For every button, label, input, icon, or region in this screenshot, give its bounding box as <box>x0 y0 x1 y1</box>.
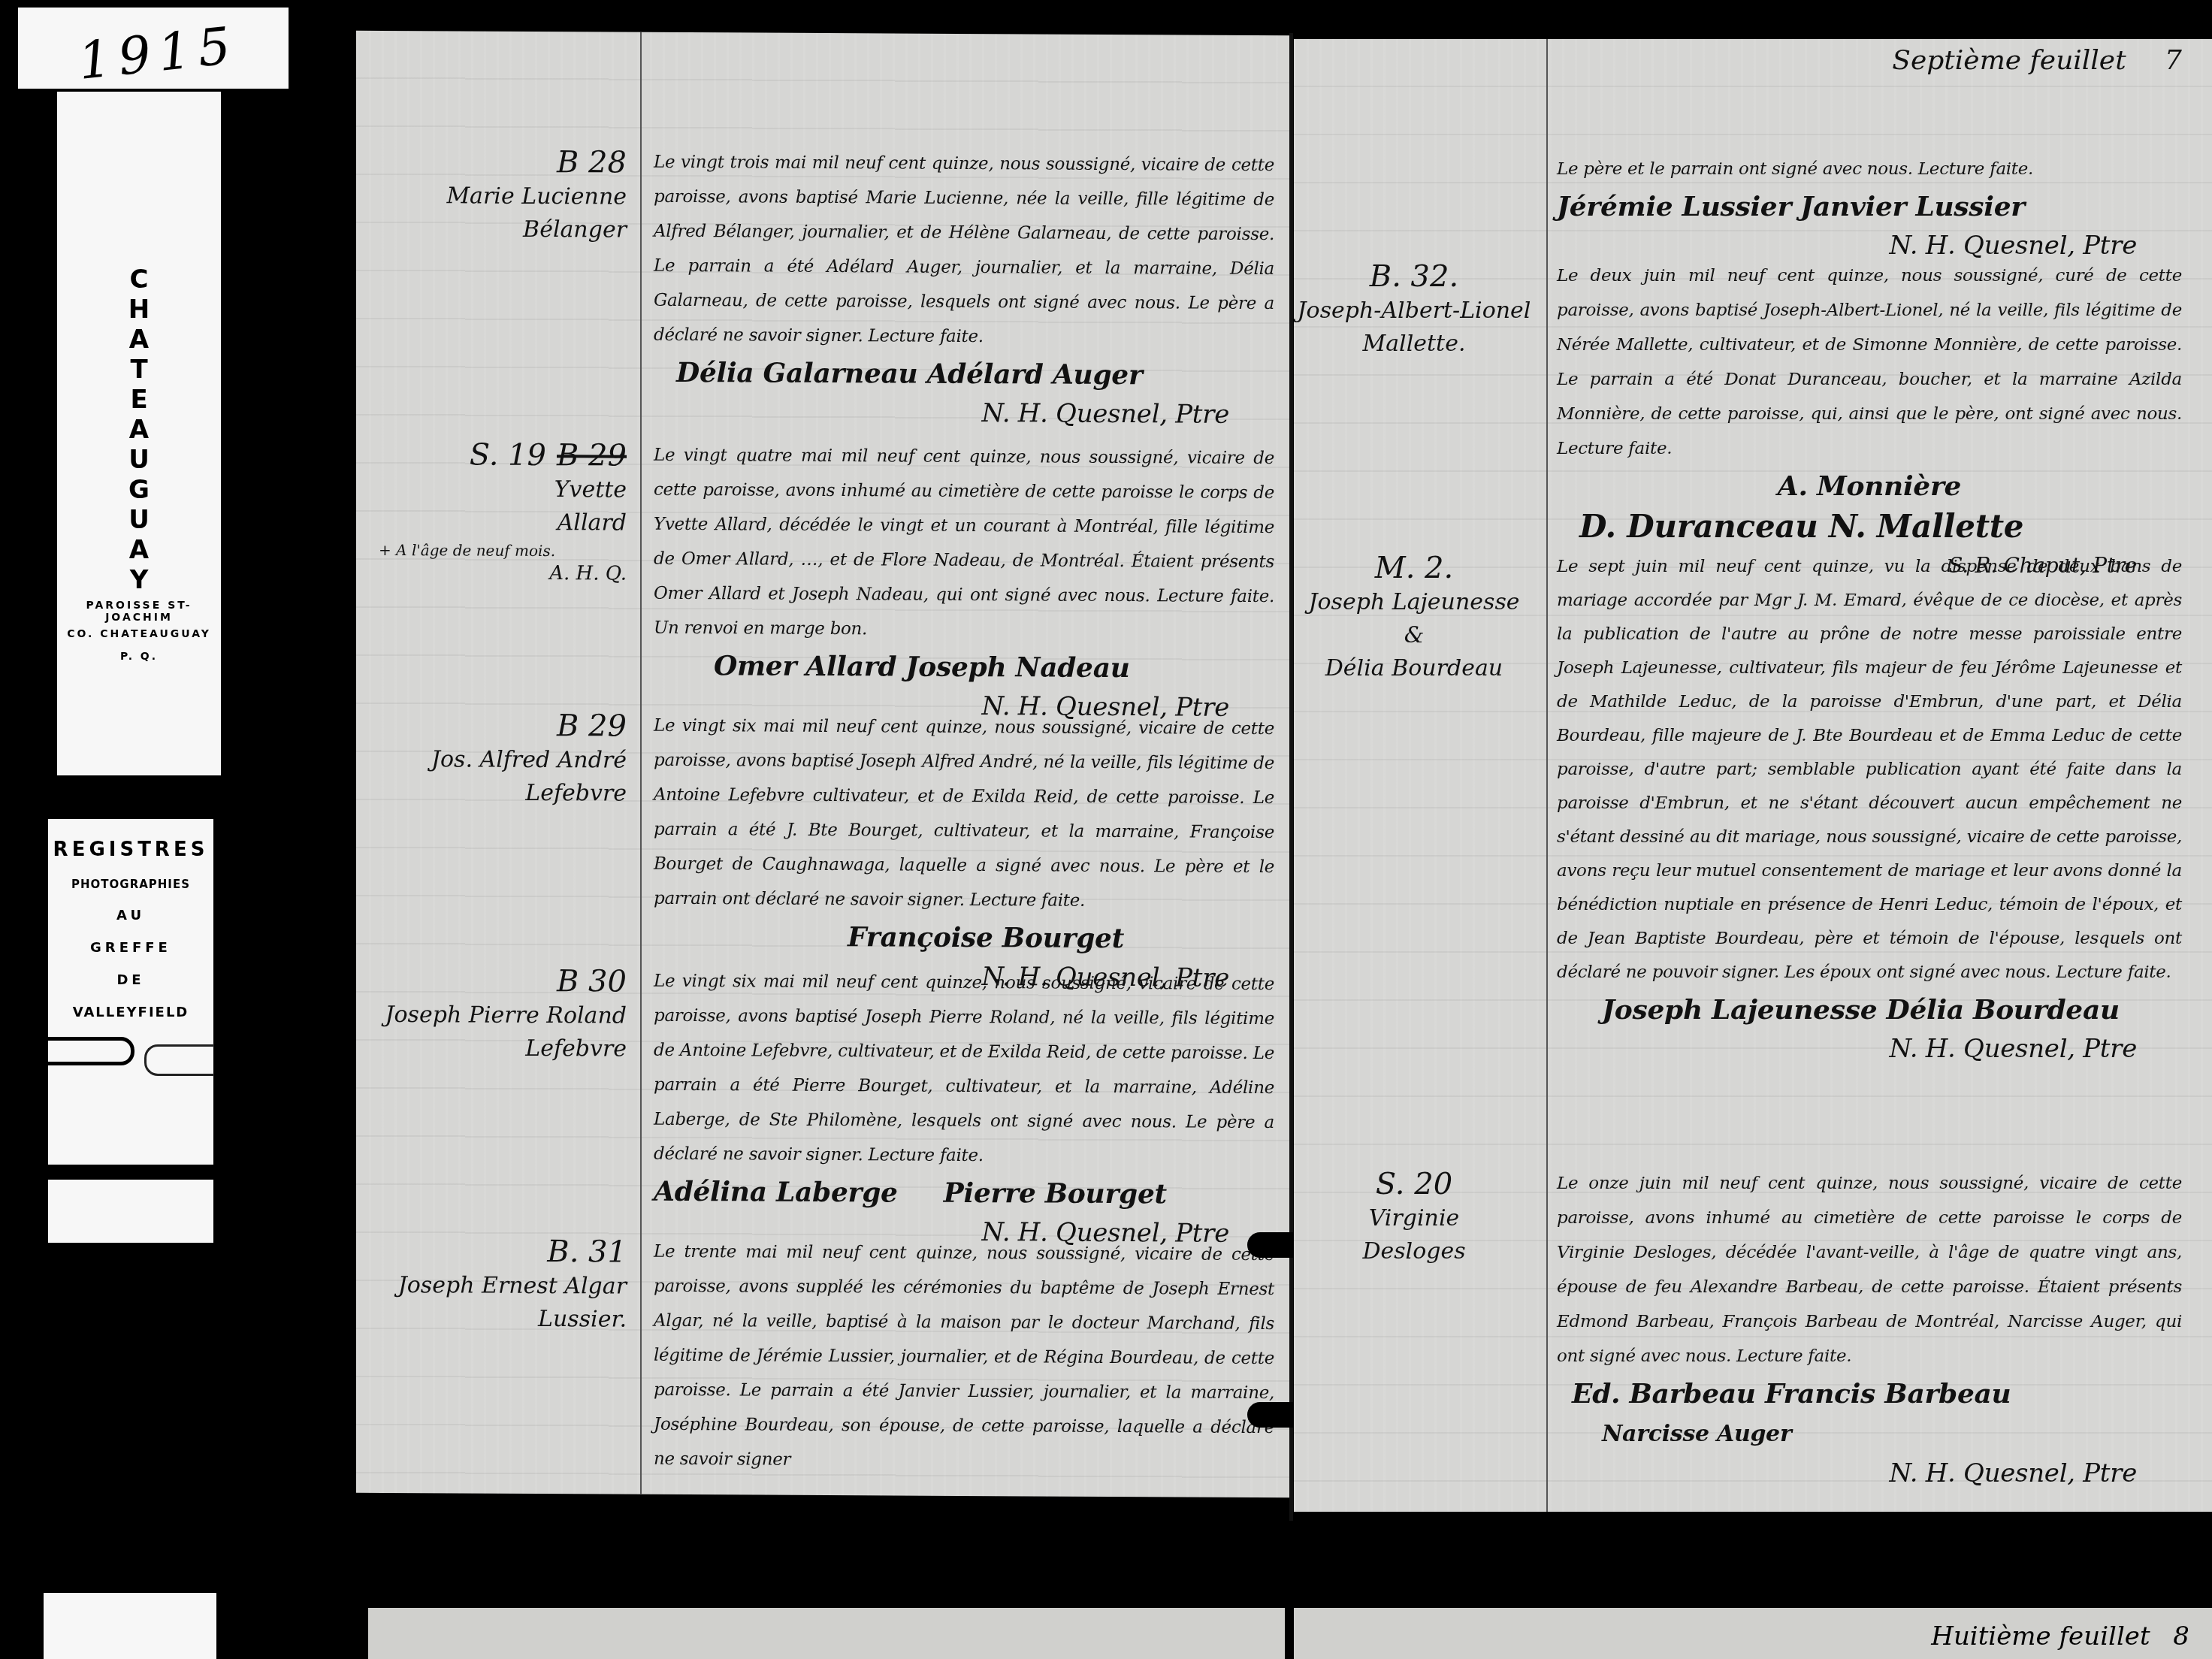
entry-signatures: Délia Galarneau Adélard Auger <box>654 352 1274 396</box>
entry-body: Le père et le parrain ont signé avec nou… <box>1557 152 2182 264</box>
entry-number: M. 2. <box>1294 550 1534 586</box>
entry-signatures: Ed. Barbeau Francis Barbeau <box>1557 1373 2182 1414</box>
year-label: 1915 <box>18 8 289 89</box>
next-page-header: Huitième feuillet 8 <box>1931 1621 2189 1651</box>
entry-surname: Lefebvre <box>356 776 627 811</box>
label-blank-bottom <box>44 1593 216 1659</box>
parish-vertical-name: C H A T E A U G U A Y <box>57 92 221 595</box>
register-page-right: Septième feuillet 7 Le père et le parrai… <box>1294 39 2212 1512</box>
entry-signatures-2: Narcisse Auger <box>1557 1414 2182 1455</box>
next-page-right-strip: Huitième feuillet 8 <box>1294 1608 2212 1659</box>
register-entry: S. 19B 29 Yvette Allard + A l'âge de neu… <box>356 437 1291 442</box>
page-number: 7 <box>2165 45 2182 76</box>
struck-number: B 29 <box>557 438 627 473</box>
entry-margin: B. 32. Joseph-Albert-Lionel Mallette. <box>1294 258 1542 361</box>
next-folio-label: Huitième feuillet <box>1931 1621 2150 1651</box>
province-line: P. Q. <box>57 651 221 663</box>
page-header: Septième feuillet 7 <box>1892 45 2182 76</box>
parish-label: C H A T E A U G U A Y PAROISSE ST-JOACHI… <box>57 92 221 775</box>
entry-body: Le sept juin mil neuf cent quinze, vu la… <box>1557 550 2182 1068</box>
folio-label: Septième feuillet <box>1892 45 2126 76</box>
entry-surname: Bélanger <box>356 213 627 247</box>
entry-signatures: A. Monnière <box>1557 466 2182 506</box>
margin-rule <box>1546 39 1548 1512</box>
register-page-left: B 28 Marie Lucienne Bélanger Le vingt tr… <box>356 31 1291 1498</box>
entry-text: Le onze juin mil neuf cent quinze, nous … <box>1557 1166 2182 1373</box>
entry-surname: Mallette. <box>1294 328 1534 361</box>
entry-signatures: Françoise Bourget <box>654 916 1274 959</box>
entry-number: B. 31 <box>356 1233 627 1271</box>
bride-name: Délia Bourdeau <box>1294 652 1534 685</box>
entry-text: Le trente mai mil neuf cent quinze, nous… <box>654 1234 1274 1479</box>
entry-text: Le deux juin mil neuf cent quinze, nous … <box>1557 258 2182 466</box>
entry-name: Marie Lucienne <box>356 180 627 214</box>
entry-signatures: Joseph Lajeunesse Délia Bourdeau <box>1557 990 2182 1030</box>
priest-signature: N. H. Quesnel, Ptre <box>1557 1030 2182 1068</box>
registre-label: REGISTRES PHOTOGRAPHIES AU GREFFE DE VAL… <box>48 819 213 1165</box>
entry-name: Joseph Pierre Roland <box>356 999 627 1033</box>
entry-margin: B 30 Joseph Pierre Roland Lefebvre <box>356 962 634 1066</box>
year-text: 1915 <box>75 16 240 92</box>
entry-surname: Desloges <box>1294 1235 1534 1268</box>
entry-number: S. 20 <box>1294 1166 1534 1202</box>
entry-signatures: Omer Allard Joseph Nadeau <box>654 645 1274 689</box>
entry-name: Jos. Alfred André <box>356 743 627 778</box>
entry-number: B 29 <box>356 707 627 745</box>
entry-number: B. 32. <box>1294 258 1534 295</box>
groom-name: Joseph Lajeunesse <box>1294 586 1534 619</box>
entry-body: Le vingt six mai mil neuf cent quinze, n… <box>654 709 1274 997</box>
entry-signatures: Jérémie Lussier Janvier Lussier <box>1557 186 2182 227</box>
entry-body: Le vingt trois mai mil neuf cent quinze,… <box>654 145 1274 434</box>
entry-body: Le deux juin mil neuf cent quinze, nous … <box>1557 258 2182 585</box>
entry-surname: Lefebvre <box>356 1032 627 1066</box>
entry-text: Le père et le parrain ont signé avec nou… <box>1557 152 2182 186</box>
entry-name: Virginie <box>1294 1202 1534 1235</box>
entry-surname: Lussier. <box>356 1302 627 1337</box>
entry-name: Joseph-Albert-Lionel <box>1294 295 1534 328</box>
ampersand: & <box>1294 619 1534 652</box>
entry-margin: B 29 Jos. Alfred André Lefebvre <box>356 707 634 811</box>
entry-text: Le sept juin mil neuf cent quinze, vu la… <box>1557 550 2182 990</box>
priest-signature: N. H. Quesnel, Ptre <box>1557 1455 2182 1492</box>
entry-margin: S. 19B 29 Yvette Allard + A l'âge de neu… <box>356 437 634 585</box>
entry-signatures-2: D. Duranceau N. Mallette <box>1557 506 2182 547</box>
entry-number: S. 19 <box>470 438 546 473</box>
register-entry: B 28 Marie Lucienne Bélanger Le vingt tr… <box>356 144 1291 149</box>
paper-clip-icon <box>48 1037 134 1065</box>
margin-initials: A. H. Q. <box>356 561 627 585</box>
next-page-left-strip <box>368 1608 1285 1659</box>
entry-margin: B 28 Marie Lucienne Bélanger <box>356 144 634 247</box>
entry-surname: Allard <box>356 506 627 540</box>
entry-body: Le trente mai mil neuf cent quinze, nous… <box>654 1234 1274 1479</box>
entry-signatures: Adélina Laberge Pierre Bourget <box>654 1171 1274 1215</box>
priest-signature: N. H. Quesnel, Ptre <box>654 393 1274 434</box>
margin-note: + A l'âge de neuf mois. <box>356 539 627 563</box>
entry-name: Yvette <box>356 473 627 507</box>
paper-clip-icon <box>144 1044 214 1076</box>
parish-name-line: PAROISSE ST-JOACHIM <box>57 600 221 624</box>
entry-margin: B. 31 Joseph Ernest Algar Lussier. <box>356 1233 634 1337</box>
entry-text: Le vingt trois mai mil neuf cent quinze,… <box>654 145 1274 355</box>
margin-rule <box>640 32 642 1494</box>
entry-number: B 30 <box>356 962 627 1000</box>
entry-text: Le vingt six mai mil neuf cent quinze, n… <box>654 964 1274 1174</box>
entry-margin: M. 2. Joseph Lajeunesse & Délia Bourdeau <box>1294 550 1542 685</box>
entry-name: Joseph Ernest Algar <box>356 1269 627 1304</box>
entry-body: Le vingt six mai mil neuf cent quinze, n… <box>654 964 1274 1253</box>
entry-number: B 28 <box>356 144 627 181</box>
entry-margin: S. 20 Virginie Desloges <box>1294 1166 1542 1268</box>
county-line: CO. CHATEAUGUAY <box>57 628 221 640</box>
entry-text: Le vingt quatre mai mil neuf cent quinze… <box>654 438 1274 648</box>
label-blank <box>48 1180 213 1243</box>
entry-body: Le onze juin mil neuf cent quinze, nous … <box>1557 1166 2182 1492</box>
entry-body: Le vingt quatre mai mil neuf cent quinze… <box>654 438 1274 727</box>
next-page-number: 8 <box>2173 1621 2189 1651</box>
entry-text: Le vingt six mai mil neuf cent quinze, n… <box>654 709 1274 919</box>
book-spine <box>1289 33 1293 1521</box>
